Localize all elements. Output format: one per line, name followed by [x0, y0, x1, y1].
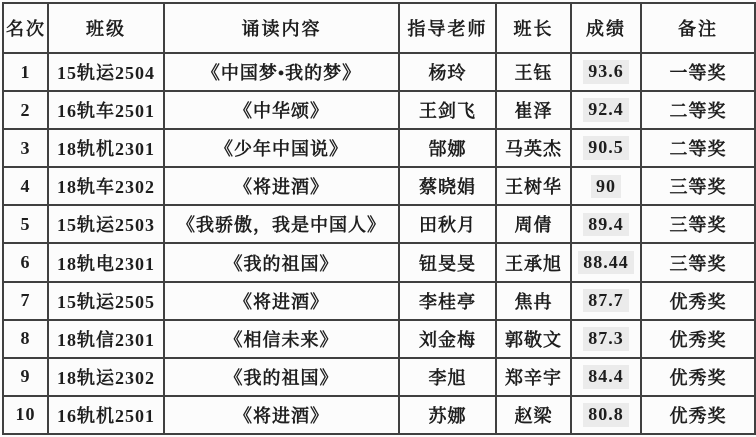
score-value: 90.5	[583, 136, 629, 160]
table-row: 515轨运2503《我骄傲，我是中国人》田秋月周倩89.4三等奖	[3, 205, 755, 243]
table-row: 715轨运2505《将进酒》李桂亭焦冉87.7优秀奖	[3, 282, 755, 320]
cell-content: 《少年中国说》	[164, 129, 399, 167]
cell-teacher: 苏娜	[399, 396, 496, 434]
cell-rank: 10	[3, 396, 48, 434]
cell-monitor: 赵梁	[496, 396, 571, 434]
cell-rank: 8	[3, 320, 48, 358]
cell-class: 18轨电2301	[48, 243, 164, 281]
score-value: 84.4	[583, 365, 629, 389]
cell-class: 16轨车2501	[48, 91, 164, 129]
cell-remark: 三等奖	[641, 205, 755, 243]
header-rank: 名次	[3, 3, 48, 53]
cell-score: 80.8	[571, 396, 641, 434]
cell-teacher: 蔡晓娟	[399, 167, 496, 205]
score-value: 90	[591, 175, 621, 199]
header-teacher: 指导老师	[399, 3, 496, 53]
score-value: 92.4	[583, 98, 629, 122]
cell-class: 15轨运2503	[48, 205, 164, 243]
cell-class: 15轨运2504	[48, 53, 164, 91]
cell-class: 18轨信2301	[48, 320, 164, 358]
cell-score: 90.5	[571, 129, 641, 167]
cell-remark: 优秀奖	[641, 282, 755, 320]
cell-remark: 三等奖	[641, 167, 755, 205]
table-row: 115轨运2504《中国梦•我的梦》杨玲王钰93.6一等奖	[3, 53, 755, 91]
header-score: 成绩	[571, 3, 641, 53]
cell-class: 18轨运2302	[48, 358, 164, 396]
table-row: 418轨车2302《将进酒》蔡晓娟王树华90三等奖	[3, 167, 755, 205]
table-row: 918轨运2302《我的祖国》李旭郑辛宇84.4优秀奖	[3, 358, 755, 396]
table-row: 818轨信2301《相信未来》刘金梅郭敬文87.3优秀奖	[3, 320, 755, 358]
cell-teacher: 刘金梅	[399, 320, 496, 358]
cell-remark: 二等奖	[641, 91, 755, 129]
score-value: 87.3	[583, 327, 629, 351]
table-body: 115轨运2504《中国梦•我的梦》杨玲王钰93.6一等奖216轨车2501《中…	[3, 53, 755, 434]
cell-class: 18轨车2302	[48, 167, 164, 205]
header-class: 班级	[48, 3, 164, 53]
cell-rank: 2	[3, 91, 48, 129]
recitation-results-table: 名次 班级 诵读内容 指导老师 班长 成绩 备注 115轨运2504《中国梦•我…	[2, 2, 756, 435]
cell-remark: 一等奖	[641, 53, 755, 91]
cell-monitor: 郑辛宇	[496, 358, 571, 396]
cell-monitor: 崔泽	[496, 91, 571, 129]
table-row: 216轨车2501《中华颂》王剑飞崔泽92.4二等奖	[3, 91, 755, 129]
cell-teacher: 杨玲	[399, 53, 496, 91]
cell-content: 《中华颂》	[164, 91, 399, 129]
cell-monitor: 周倩	[496, 205, 571, 243]
cell-teacher: 郜娜	[399, 129, 496, 167]
cell-content: 《我的祖国》	[164, 243, 399, 281]
table-row: 618轨电2301《我的祖国》钮旻旻王承旭88.44三等奖	[3, 243, 755, 281]
cell-rank: 3	[3, 129, 48, 167]
score-value: 87.7	[583, 289, 629, 313]
cell-monitor: 郭敬文	[496, 320, 571, 358]
cell-score: 92.4	[571, 91, 641, 129]
cell-class: 16轨机2501	[48, 396, 164, 434]
cell-score: 87.3	[571, 320, 641, 358]
cell-monitor: 焦冉	[496, 282, 571, 320]
cell-teacher: 李桂亭	[399, 282, 496, 320]
cell-content: 《将进酒》	[164, 396, 399, 434]
table-row: 1016轨机2501《将进酒》苏娜赵梁80.8优秀奖	[3, 396, 755, 434]
table-row: 318轨机2301《少年中国说》郜娜马英杰90.5二等奖	[3, 129, 755, 167]
cell-score: 90	[571, 167, 641, 205]
cell-score: 93.6	[571, 53, 641, 91]
cell-rank: 7	[3, 282, 48, 320]
cell-monitor: 王钰	[496, 53, 571, 91]
cell-teacher: 田秋月	[399, 205, 496, 243]
header-remark: 备注	[641, 3, 755, 53]
cell-rank: 4	[3, 167, 48, 205]
cell-teacher: 王剑飞	[399, 91, 496, 129]
header-row: 名次 班级 诵读内容 指导老师 班长 成绩 备注	[3, 3, 755, 53]
cell-monitor: 王树华	[496, 167, 571, 205]
cell-content: 《我骄傲，我是中国人》	[164, 205, 399, 243]
cell-content: 《将进酒》	[164, 282, 399, 320]
cell-rank: 1	[3, 53, 48, 91]
cell-remark: 三等奖	[641, 243, 755, 281]
cell-content: 《相信未来》	[164, 320, 399, 358]
cell-content: 《我的祖国》	[164, 358, 399, 396]
score-value: 88.44	[578, 251, 634, 275]
cell-score: 84.4	[571, 358, 641, 396]
cell-score: 88.44	[571, 243, 641, 281]
results-table-page: 名次 班级 诵读内容 指导老师 班长 成绩 备注 115轨运2504《中国梦•我…	[0, 0, 756, 437]
cell-content: 《将进酒》	[164, 167, 399, 205]
cell-score: 89.4	[571, 205, 641, 243]
cell-rank: 6	[3, 243, 48, 281]
cell-monitor: 马英杰	[496, 129, 571, 167]
cell-remark: 二等奖	[641, 129, 755, 167]
cell-score: 87.7	[571, 282, 641, 320]
cell-rank: 9	[3, 358, 48, 396]
cell-remark: 优秀奖	[641, 320, 755, 358]
cell-monitor: 王承旭	[496, 243, 571, 281]
cell-rank: 5	[3, 205, 48, 243]
cell-class: 15轨运2505	[48, 282, 164, 320]
score-value: 93.6	[583, 60, 629, 84]
cell-class: 18轨机2301	[48, 129, 164, 167]
header-monitor: 班长	[496, 3, 571, 53]
cell-content: 《中国梦•我的梦》	[164, 53, 399, 91]
score-value: 80.8	[583, 403, 629, 427]
cell-teacher: 钮旻旻	[399, 243, 496, 281]
cell-remark: 优秀奖	[641, 358, 755, 396]
cell-teacher: 李旭	[399, 358, 496, 396]
cell-remark: 优秀奖	[641, 396, 755, 434]
header-content: 诵读内容	[164, 3, 399, 53]
score-value: 89.4	[583, 213, 629, 237]
